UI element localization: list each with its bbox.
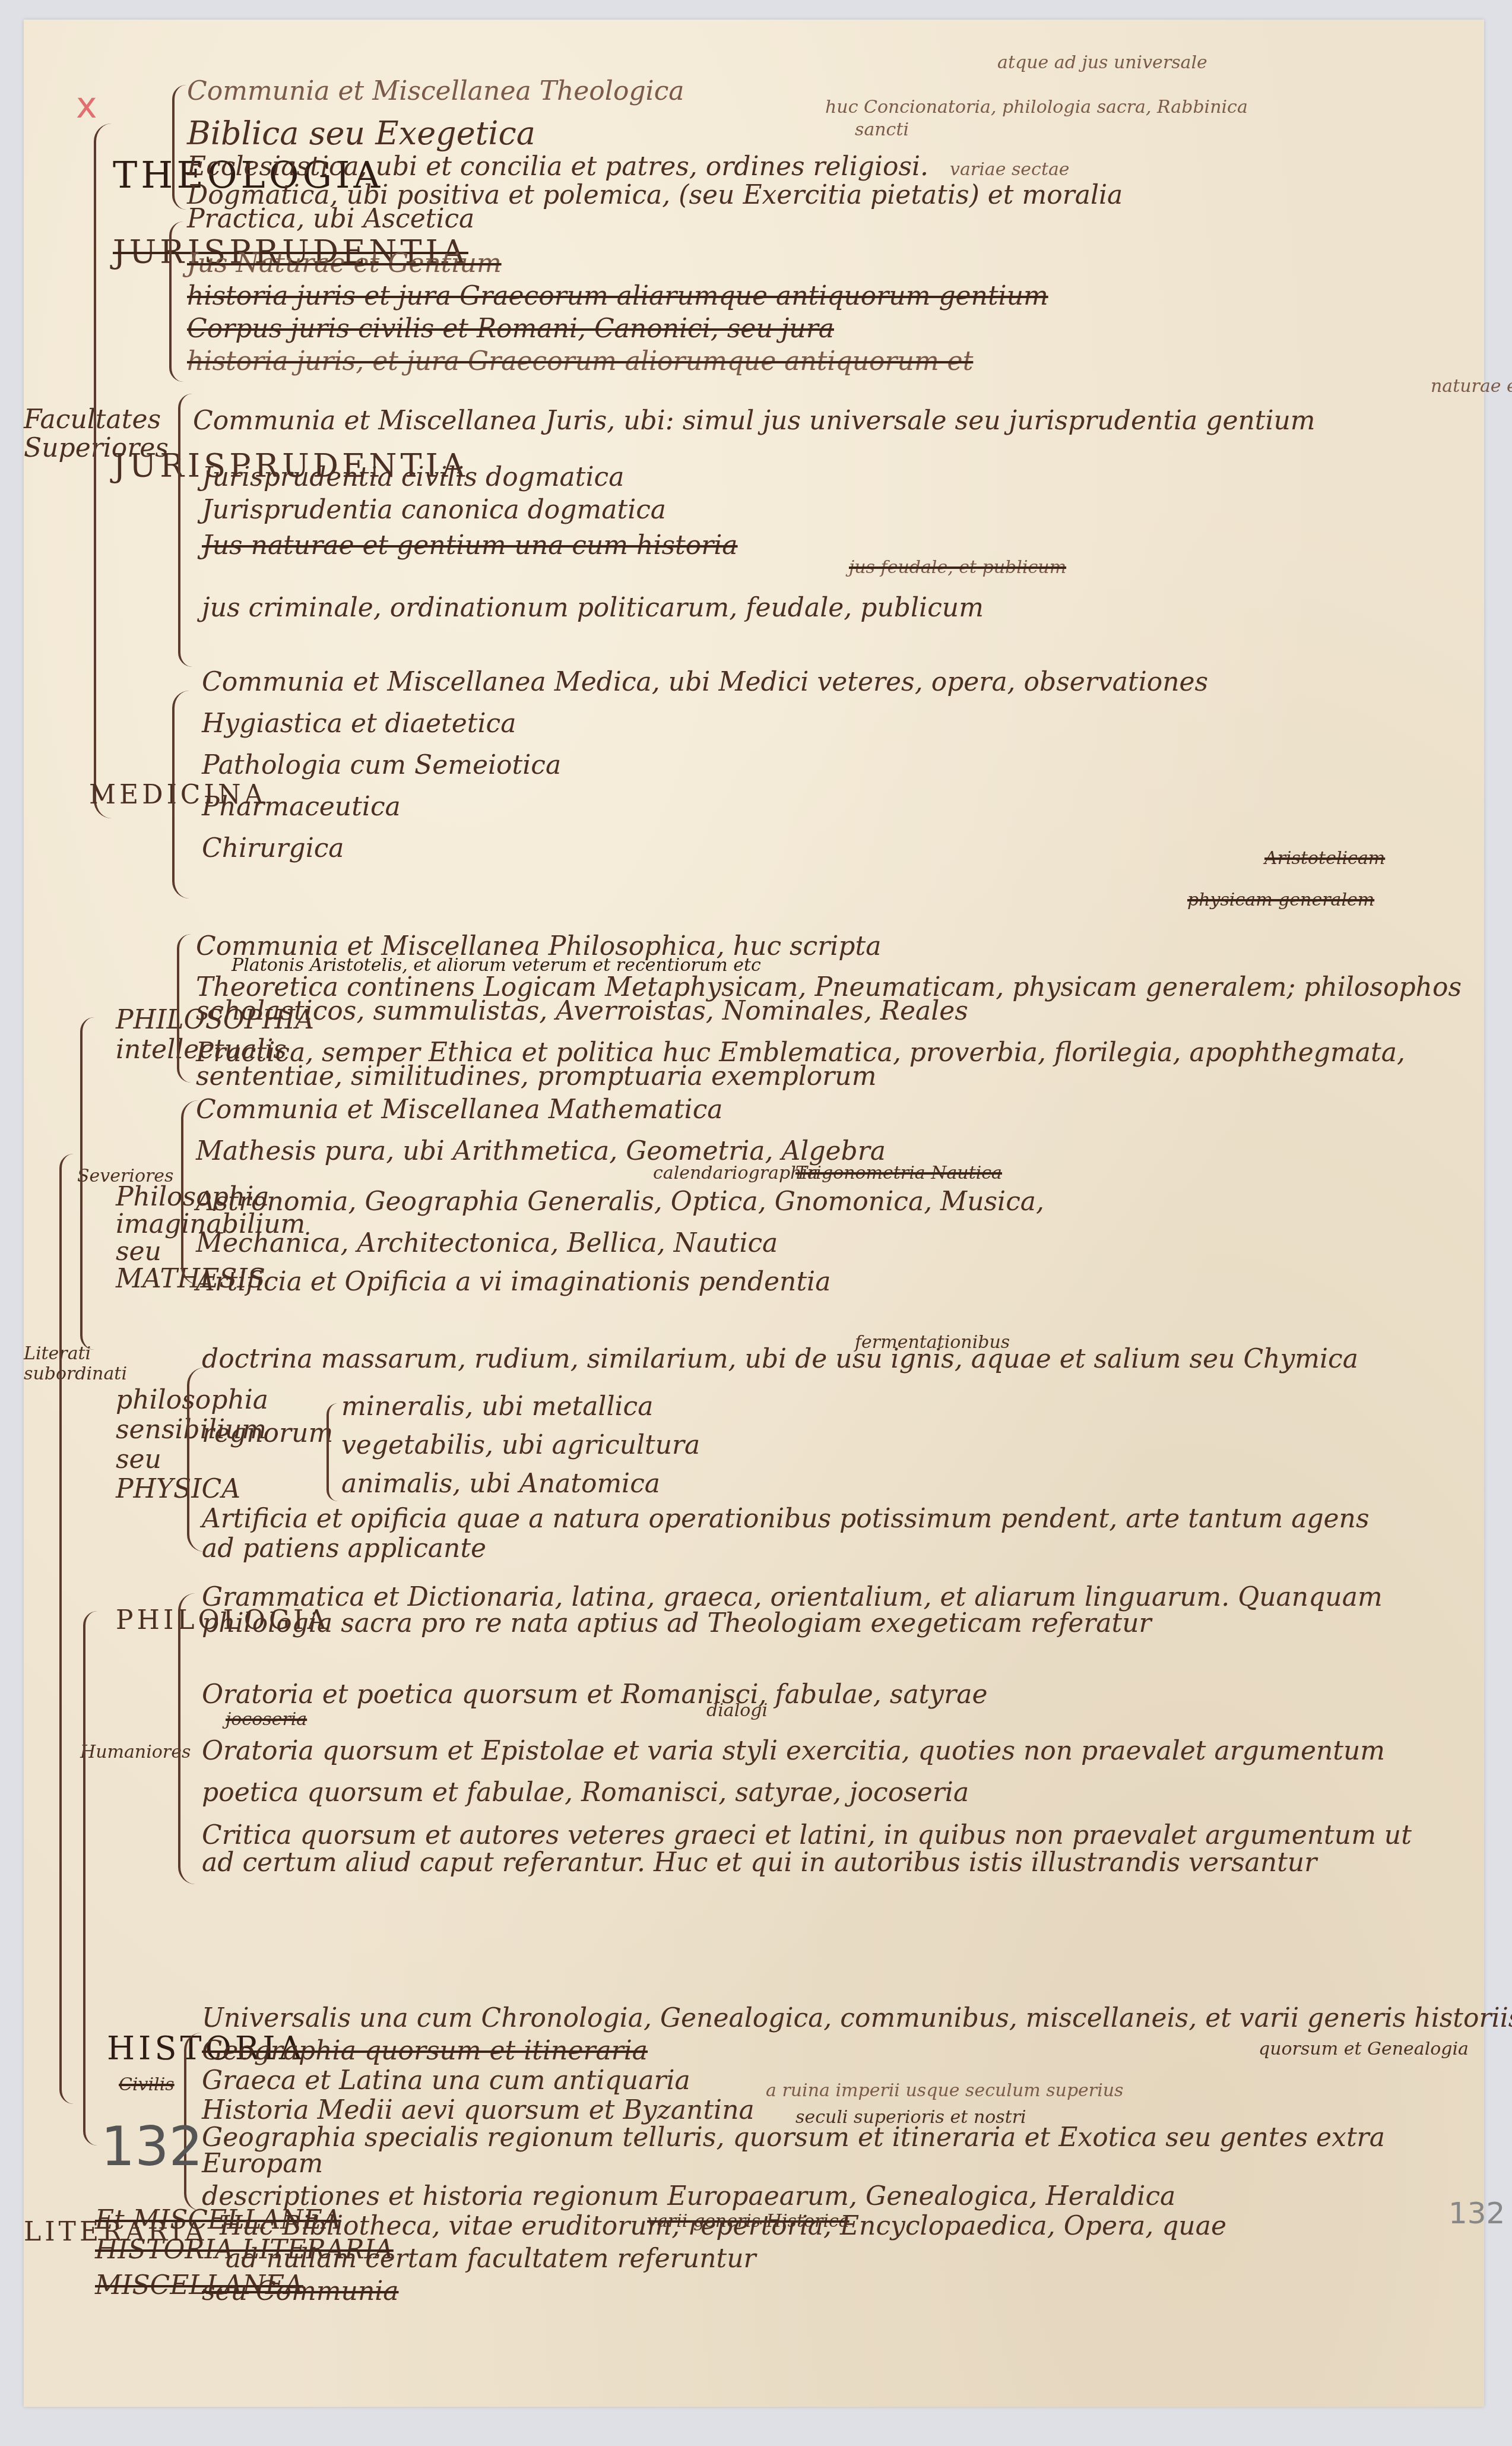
brace-regnorum	[327, 1403, 338, 1501]
philologia-line-6: Critica quorsum et autores veteres graec…	[202, 1822, 1448, 1877]
imaginabilium-note-2: Trigonometria Nautica	[795, 1163, 1002, 1184]
group-label-facultates: Facultates Superiores	[24, 406, 95, 463]
jurisprudentia-line-4: Jus naturae et gentium una cum historia	[202, 530, 738, 561]
intellectualis-line-4: Practica, semper Ethica et politica huc …	[196, 1041, 1472, 1088]
imaginabilium-note-1: calendariographia	[653, 1163, 818, 1184]
theologia-note-1: atque ad jus universale	[997, 52, 1207, 73]
sensibilium-line-4: vegetabilis, ubi agricultura	[341, 1430, 700, 1460]
historia-note-2: seculi superioris et nostri	[795, 2107, 1026, 2128]
sensibilium-line-1: doctrina massarum, rudium, similarium, u…	[202, 1344, 1478, 1374]
theologia-line-3: Ecclesiastica, ubi et concilia et patres…	[187, 151, 928, 182]
imaginabilium-line-4: Mechanica, Architectonica, Bellica, Naut…	[196, 1228, 778, 1258]
brace-intellectualis	[177, 934, 191, 1083]
imaginabilium-line-5: Artificia et Opificia a vi imaginationis…	[196, 1267, 831, 1297]
red-x-mark: x	[76, 85, 97, 126]
brace-humaniores	[83, 1611, 97, 2146]
sensibilium-line-5: animalis, ubi Anatomica	[341, 1469, 660, 1499]
literaria-line-2: ad nullam certam facultatem referuntur	[226, 2244, 756, 2274]
imaginabilium-line-1: Communia et Miscellanea Mathematica	[196, 1094, 723, 1125]
jurisprudentia-note-1: naturae et	[1431, 376, 1512, 397]
theologia-note-4: variae sectae	[950, 159, 1070, 180]
medicina-line-5: Chirurgica	[202, 833, 344, 863]
historia-line-4: Historia Medii aevi quorsum et Byzantina	[202, 2095, 755, 2125]
brace-struck-block	[169, 221, 183, 382]
intellectualis-note-2: physicam generalem	[1187, 890, 1374, 910]
jurisprudentia-line-3: Jurisprudentia canonica dogmatica	[202, 495, 666, 525]
medicina-line-3: Pathologia cum Semeiotica	[202, 750, 561, 780]
philologia-line-4: Oratoria quorsum et Epistolae et varia s…	[202, 1736, 1385, 1766]
subheading-historia: Civilis	[119, 2074, 175, 2095]
brace-severiores	[80, 1017, 94, 1350]
manuscript-page: x Facultates Superiores THEOLOGIA Commun…	[24, 20, 1484, 2407]
philologia-note-1: dialogi	[706, 1700, 768, 1721]
sensibilium-line-6: Artificia et opificia quae a natura oper…	[202, 1504, 1389, 1564]
jurisprudentia-line-5: jus criminale, ordinationum politicarum,…	[202, 593, 984, 623]
sensibilium-line-2: regnorum	[202, 1418, 333, 1448]
philologia-line-5: poetica quorsum et fabulae, Romanisci, s…	[202, 1777, 969, 1808]
sensibilium-line-3: mineralis, ubi metallica	[341, 1391, 653, 1422]
medicina-line-2: Hygiastica et diaetetica	[202, 708, 516, 739]
philologia-line-3: jocoseria	[226, 1709, 307, 1730]
struck-line-2: historia juris et jura Graecorum aliarum…	[187, 281, 1048, 311]
theologia-line-1: Communia et Miscellanea Theologica	[187, 76, 684, 106]
historia-note-1: a ruina imperii usque seculum superius	[766, 2080, 1124, 2101]
brace-medicina	[172, 691, 189, 898]
folio-number-corner: 132	[1448, 2196, 1505, 2230]
imaginabilium-line-3: Astronomia, Geographia Generalis, Optica…	[196, 1186, 1044, 1217]
theologia-note-3: sancti	[855, 119, 909, 140]
theologia-note-2: huc Concionatoria, philologia sacra, Rab…	[825, 97, 1248, 118]
jurisprudentia-line-1: Communia et Miscellanea Juris, ubi: simu…	[193, 406, 1316, 436]
historia-line-1: Universalis una cum Chronologia, Genealo…	[202, 2003, 1512, 2033]
philologia-line-2: Oratoria et poetica quorsum et Romanisci…	[202, 1679, 987, 1710]
intellectualis-line-3: Theoretica continens Logicam Metaphysica…	[196, 976, 1472, 1023]
folio-number: 132	[101, 2116, 203, 2178]
theologia-line-2: Biblica seu Exegetica	[187, 115, 535, 152]
literaria-line-1: Huc Bibliotheca, vitae eruditorum, reper…	[220, 2211, 1226, 2241]
brace-theologia	[172, 85, 186, 210]
jurisprudentia-note-2: jus feudale, et publicum	[849, 557, 1066, 578]
theologia-line-5: Practica, ubi Ascetica	[187, 204, 474, 234]
jurisprudentia-line-2: Jurisprudentia civilis dogmatica	[202, 462, 624, 492]
historia-line-5: Geographia specialis regionum telluris, …	[202, 2125, 1448, 2177]
brace-facultates	[94, 124, 114, 818]
historia-note-3: quorsum et Genealogia	[1259, 2039, 1469, 2059]
philologia-line-1: Grammatica et Dictionaria, latina, graec…	[202, 1584, 1448, 1637]
imaginabilium-line-2: Mathesis pura, ubi Arithmetica, Geometri…	[196, 1136, 886, 1166]
struck-line-1: Jus Naturae et Gentium	[187, 248, 502, 279]
medicina-line-1: Communia et Miscellanea Medica, ubi Medi…	[202, 667, 1208, 697]
historia-line-2: Geographia quorsum et itineraria	[202, 2036, 648, 2066]
brace-literati	[59, 1154, 74, 2104]
medicina-line-4: Pharmaceutica	[202, 792, 401, 822]
sensibilium-note-1: fermentationibus	[855, 1332, 1010, 1353]
intellectualis-note-1: Aristotelicam	[1264, 848, 1385, 869]
struck-line-4: historia juris, et jura Graecorum alioru…	[187, 346, 973, 376]
brace-philologia	[178, 1593, 195, 1884]
historia-line-3: Graeca et Latina una cum antiquaria	[202, 2065, 690, 2096]
historia-line-6: descriptiones et historia regionum Europ…	[202, 2181, 1175, 2211]
brace-jurisprudentia	[178, 394, 192, 667]
group-label-literati: Literati subordinati	[24, 1344, 59, 1384]
struck-line-3: Corpus juris civilis et Romani, Canonici…	[187, 314, 834, 344]
literaria-line-3: seu Communia	[202, 2276, 399, 2306]
